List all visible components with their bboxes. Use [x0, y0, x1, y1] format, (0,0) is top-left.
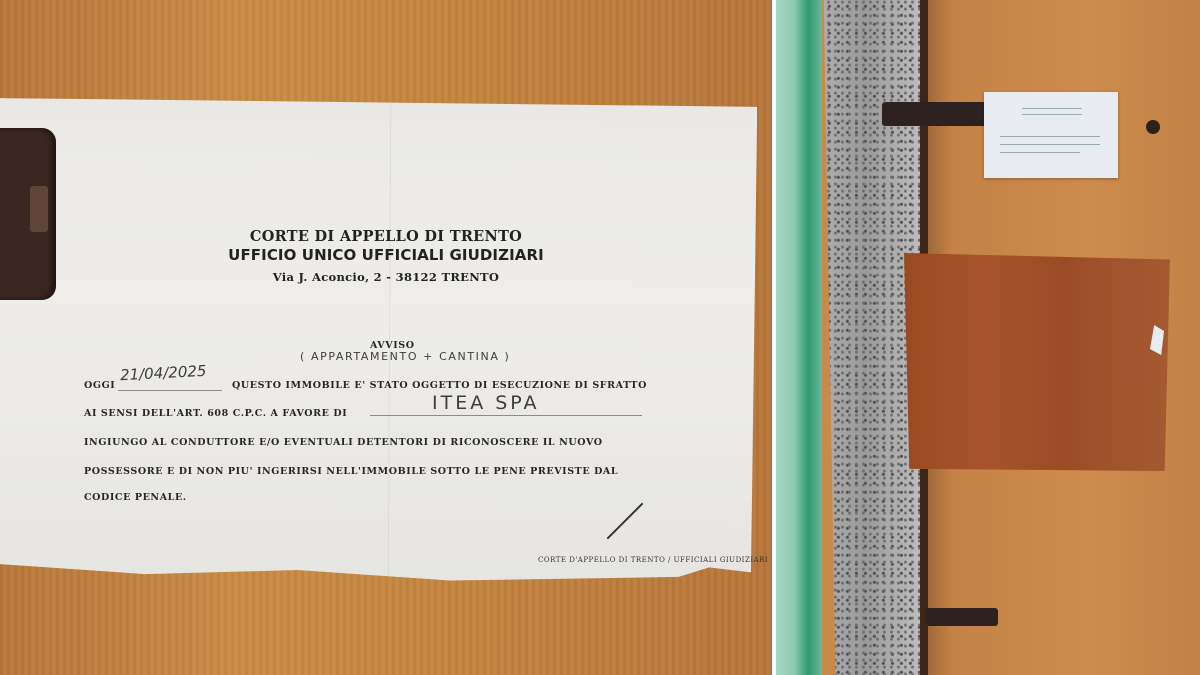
small-posted-notice [984, 92, 1118, 178]
notice-header-office: UFFICIO UNICO UFFICIALI GIUDIZIARI [0, 246, 772, 264]
notice-line-1: QUESTO IMMOBILE E' STATO OGGETTO DI ESEC… [232, 380, 647, 391]
notice-line-3: INGIUNGO AL CONDUTTORE E/O EVENTUALI DET… [84, 437, 603, 448]
oggi-label: OGGI [84, 380, 115, 391]
door-bolt-bottom [926, 608, 998, 626]
date-underline [118, 390, 222, 391]
official-stamp: CORTE D'APPELLO DI TRENTO / UFFICIALI GI… [538, 556, 768, 564]
notice-header-court: CORTE DI APPELLO DI TRENTO [0, 228, 772, 245]
beneficiary-underline [370, 415, 642, 416]
door-bolt-top [882, 102, 998, 126]
green-wall [776, 0, 822, 675]
notice-line-4: POSSESSORE E DI NON PIU' INGERIRSI NELL'… [84, 466, 618, 477]
notice-line-2: AI SENSI DELL'ART. 608 C.P.C. A FAVORE D… [84, 408, 347, 419]
right-photo [776, 0, 1200, 675]
notice-header-address: Via J. Aconcio, 2 - 38122 TRENTO [0, 270, 772, 284]
handwritten-beneficiary: ITEA SPA [432, 392, 540, 414]
door-knob-hole [1146, 120, 1160, 134]
notice-line-5: CODICE PENALE. [84, 492, 187, 503]
left-photo: CORTE DI APPELLO DI TRENTO UFFICIO UNICO… [0, 0, 772, 675]
handwritten-subject: ( APPARTAMENTO + CANTINA ) [300, 350, 510, 363]
name-plate-residue [904, 253, 1170, 471]
